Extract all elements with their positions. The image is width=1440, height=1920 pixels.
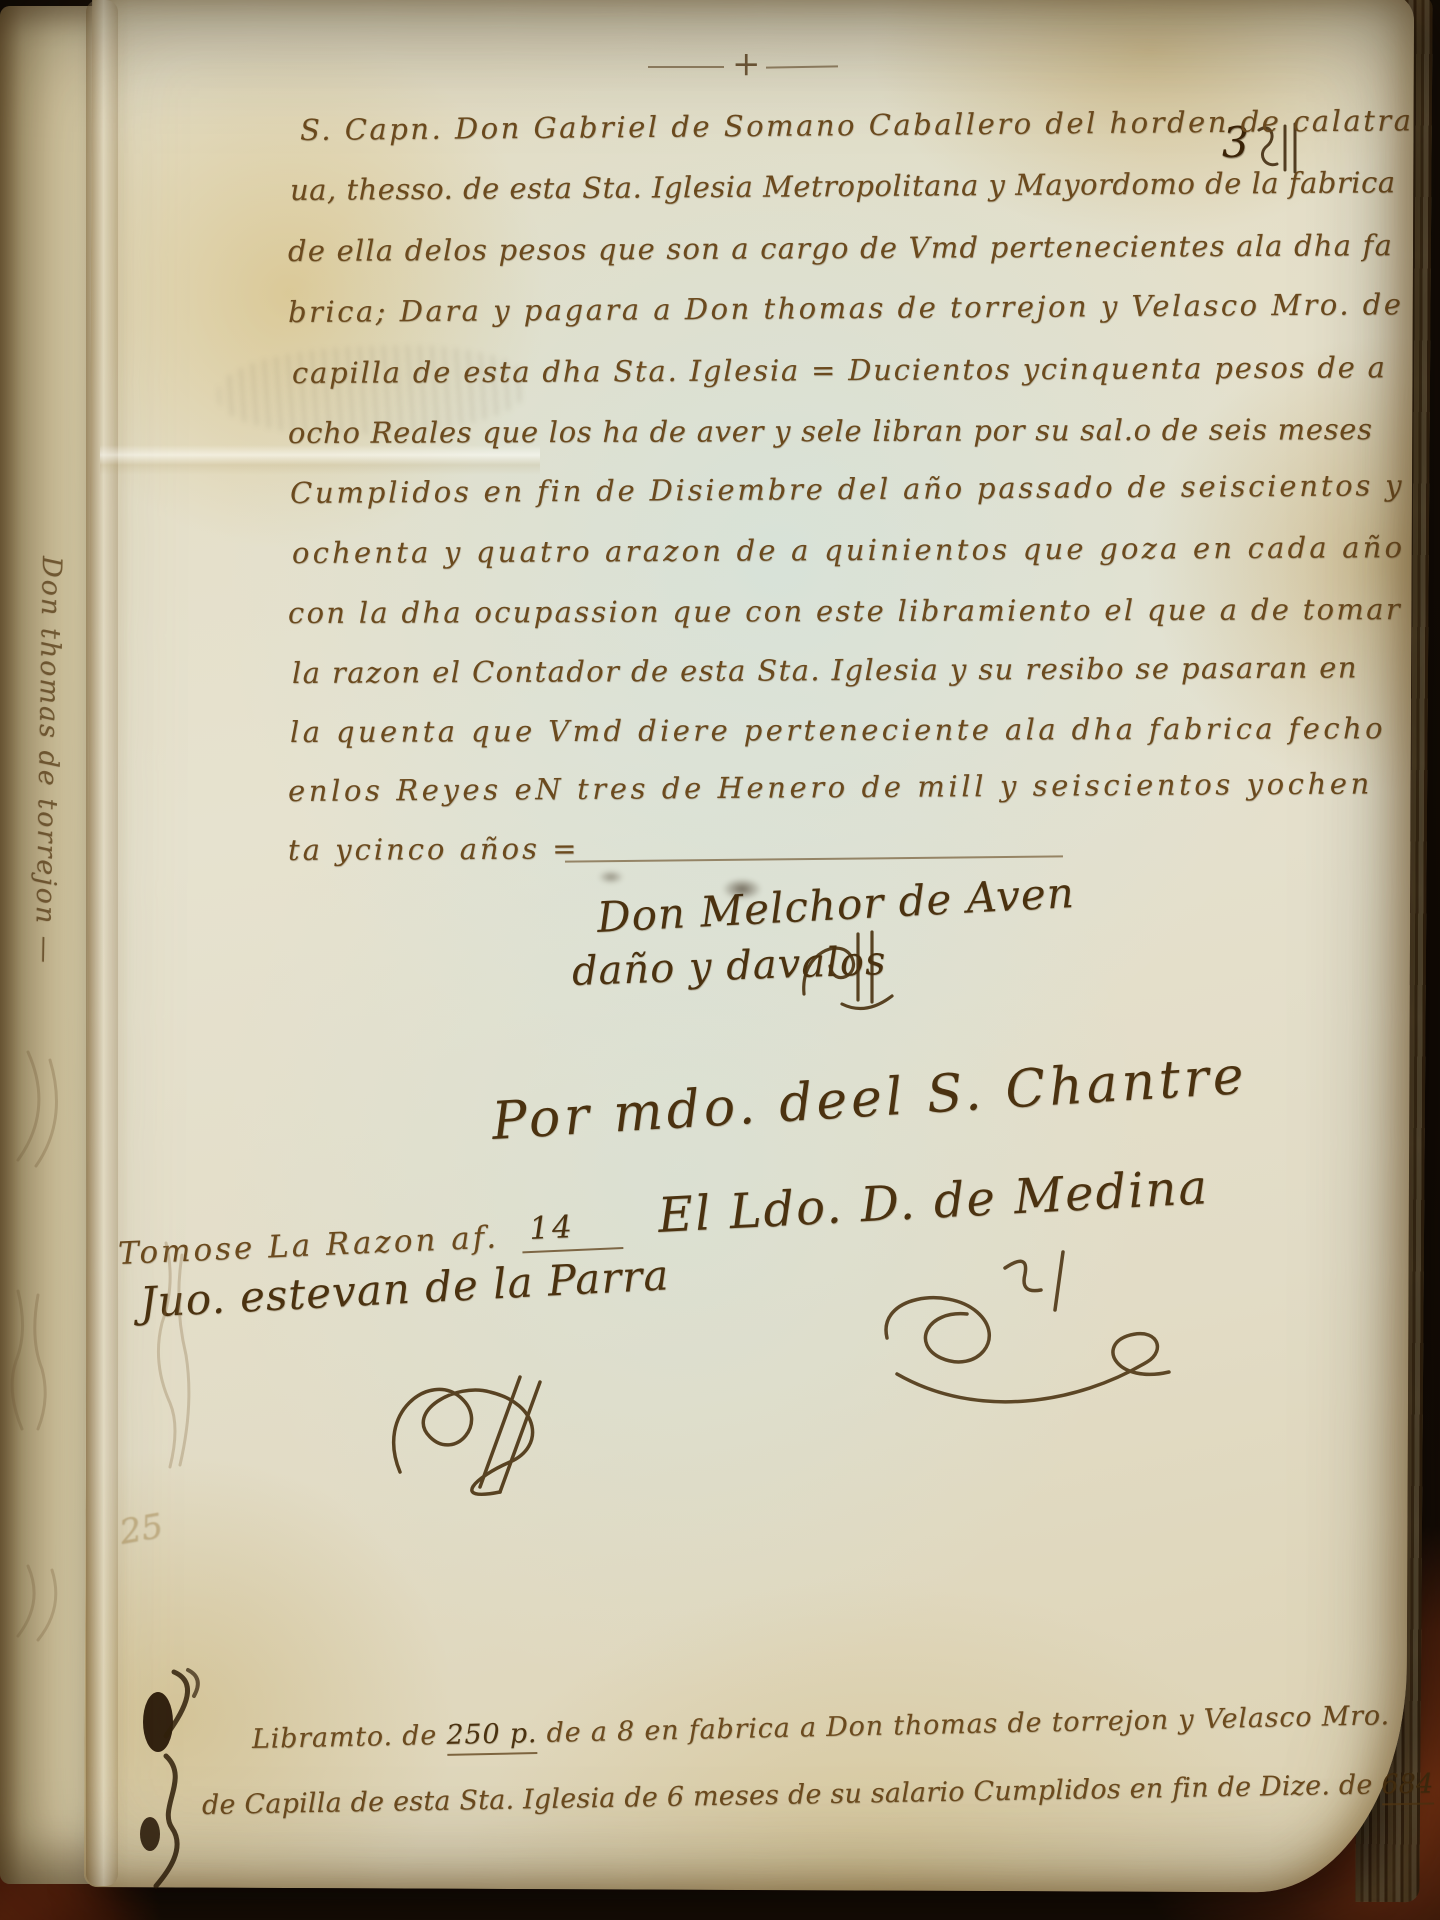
rubric-flourish-medina (855, 1240, 1195, 1425)
margin-squiggle (6, 1040, 76, 1170)
manuscript-line: la quenta que Vmd diere perteneciente al… (290, 714, 1386, 747)
folio-reference-number: 14 (521, 1207, 624, 1253)
manuscript-line: la razon el Contador de esta Sta. Iglesi… (292, 653, 1358, 688)
margin-squiggle (4, 1285, 60, 1435)
manuscript-photo: + 3 S. Capn. Don Gabriel de Somano Cabal… (0, 0, 1440, 1920)
manuscript-line: brica; Dara y pagara a Don thomas de tor… (288, 290, 1404, 327)
manuscript-line: enlos Reyes eN tres de Henero de mill y … (288, 769, 1373, 806)
manuscript-line: de ella delos pesos que son a cargo de V… (288, 231, 1393, 266)
manuscript-line: capilla de esta dha Sta. Iglesia = Ducie… (292, 353, 1387, 388)
cross-rule-right (766, 65, 838, 68)
showthrough-squiggle (150, 1235, 194, 1475)
cross-rule-left (648, 66, 724, 68)
manuscript-line: ua, thesso. de esta Sta. Iglesia Metropo… (290, 168, 1396, 205)
cross-glyph: + (732, 44, 761, 84)
manuscript-line: con la dha ocupassion que con este libra… (288, 595, 1402, 628)
invocation-cross-mark: + (648, 44, 838, 88)
manuscript-line: Cumplidos en fin de Disiembre del año pa… (290, 471, 1405, 508)
summary-line1-prefix: Libramto. de (252, 1720, 447, 1755)
rubric-flourish-melchor (790, 922, 920, 1022)
margin-squiggle (8, 1556, 72, 1646)
manuscript-line: ochenta y quatro arazon de a quinientos … (292, 533, 1405, 568)
faint-showthrough-number: 25 (117, 1509, 166, 1550)
ink-smudge (598, 870, 624, 884)
ink-smudge (722, 878, 762, 900)
ink-blot (128, 1656, 258, 1906)
manuscript-line: ta ycinco años = (288, 834, 580, 865)
page-fold-edge (86, 0, 118, 1886)
manuscript-line: ocho Reales que los ha de aver y sele li… (288, 415, 1373, 448)
rubric-flourish-parra (360, 1352, 600, 1502)
summary-amount: 250 p. (446, 1718, 538, 1756)
summary-year: 684 (1381, 1769, 1434, 1806)
